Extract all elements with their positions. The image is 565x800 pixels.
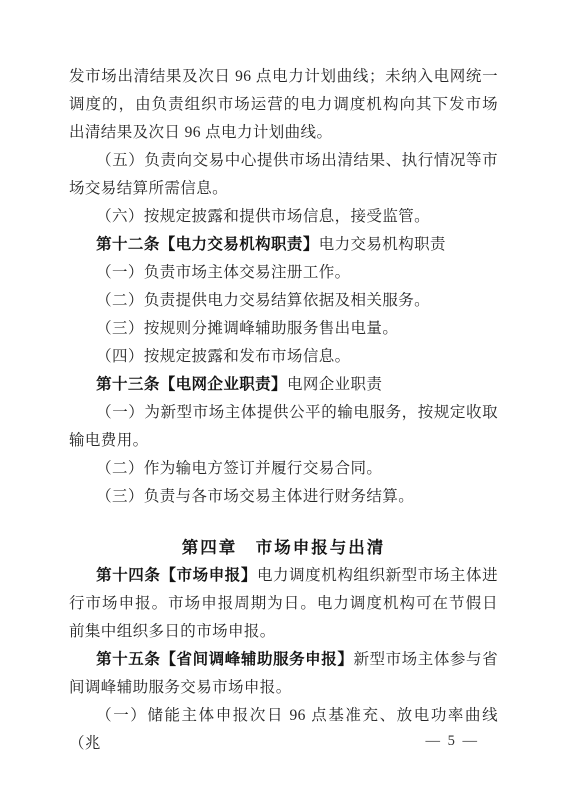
page-number: — 5 —	[426, 730, 480, 752]
article-12-item-1: （一）负责市场主体交易注册工作。	[69, 259, 498, 287]
article-12-item-3: （三）按规则分摊调峰辅助服务售出电量。	[69, 315, 498, 343]
article-13-item-2: （二）作为输电方签订并履行交易合同。	[69, 455, 498, 483]
document-body: 发市场出清结果及次日 96 点电力计划曲线；未纳入电网统一调度的，由负责组织市场…	[69, 63, 498, 758]
article-13-item-3: （三）负责与各市场交易主体进行财务结算。	[69, 483, 498, 511]
article-12-title: 第十二条【电力交易机构职责】	[96, 236, 319, 253]
article-15: 第十五条【省间调峰辅助服务申报】新型市场主体参与省间调峰辅助服务交易市场申报。	[69, 646, 498, 702]
article-12-item-2: （二）负责提供电力交易结算依据及相关服务。	[69, 287, 498, 315]
article-14-title: 第十四条【市场申报】	[96, 567, 257, 584]
chapter-heading: 第四章 市场申报与出清	[69, 534, 498, 562]
article-13-text: 电网企业职责	[287, 376, 382, 393]
paragraph-continuation: 发市场出清结果及次日 96 点电力计划曲线；未纳入电网统一调度的，由负责组织市场…	[69, 63, 498, 147]
article-13-title: 第十三条【电网企业职责】	[96, 376, 287, 393]
list-item-6: （六）按规定披露和提供市场信息，接受监管。	[69, 203, 498, 231]
article-13-item-1: （一）为新型市场主体提供公平的输电服务，按规定收取输电费用。	[69, 399, 498, 455]
article-12: 第十二条【电力交易机构职责】电力交易机构职责	[69, 231, 498, 259]
article-15-title: 第十五条【省间调峰辅助服务申报】	[96, 651, 353, 668]
list-item-5: （五）负责向交易中心提供市场出清结果、执行情况等市场交易结算所需信息。	[69, 147, 498, 203]
article-12-text: 电力交易机构职责	[319, 236, 446, 253]
article-13: 第十三条【电网企业职责】电网企业职责	[69, 371, 498, 399]
article-14: 第十四条【市场申报】电力调度机构组织新型市场主体进行市场申报。市场申报周期为日。…	[69, 562, 498, 646]
article-12-item-4: （四）按规定披露和发布市场信息。	[69, 343, 498, 371]
